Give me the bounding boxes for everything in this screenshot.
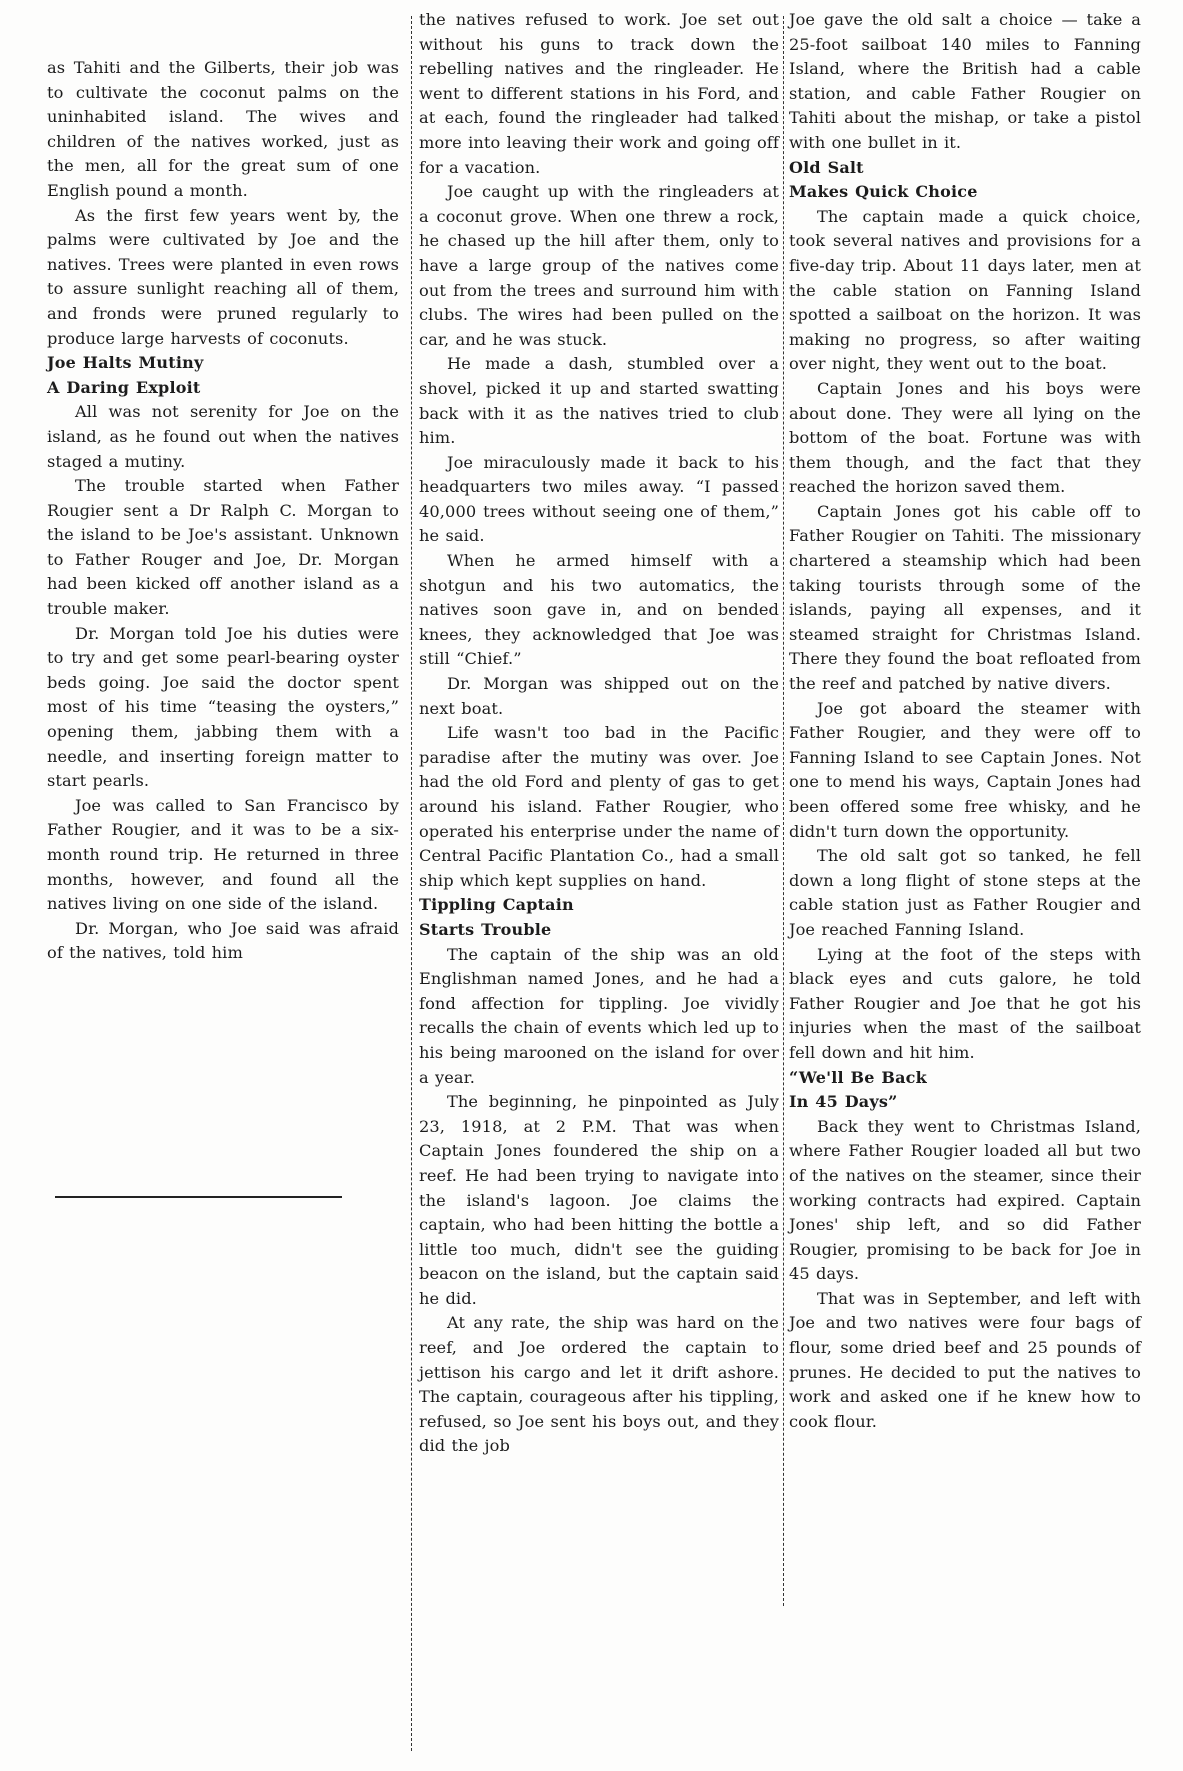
paragraph: As the first few years went by, the palm… bbox=[47, 204, 399, 352]
paragraph: That was in September, and left with Joe… bbox=[789, 1287, 1141, 1435]
newspaper-clipping: as Tahiti and the Gilberts, their job wa… bbox=[0, 0, 1183, 1771]
paragraph: Dr. Morgan, who Joe said was afraid of t… bbox=[47, 917, 399, 966]
paragraph: the natives refused to work. Joe set out… bbox=[419, 8, 779, 180]
paragraph: The trouble started when Father Rougier … bbox=[47, 474, 399, 622]
subheading: A Daring Exploit bbox=[47, 376, 399, 401]
paragraph: When he armed himself with a shotgun and… bbox=[419, 549, 779, 672]
subheading: Starts Trouble bbox=[419, 918, 779, 943]
paragraph: as Tahiti and the Gilberts, their job wa… bbox=[47, 56, 399, 204]
paragraph: Dr. Morgan told Joe his duties were to t… bbox=[47, 622, 399, 794]
paragraph: Joe was called to San Francisco by Fathe… bbox=[47, 794, 399, 917]
paragraph: The beginning, he pinpointed as July 23,… bbox=[419, 1090, 779, 1311]
article-column-3: Joe gave the old salt a choice — take a … bbox=[789, 8, 1141, 1434]
subheading: Makes Quick Choice bbox=[789, 180, 1141, 205]
subheading: In 45 Days” bbox=[789, 1090, 1141, 1115]
paragraph: Joe miraculously made it back to his hea… bbox=[419, 451, 779, 549]
paragraph: Captain Jones and his boys were about do… bbox=[789, 377, 1141, 500]
paragraph: All was not serenity for Joe on the isla… bbox=[47, 400, 399, 474]
article-column-2: the natives refused to work. Joe set out… bbox=[419, 8, 779, 1459]
paragraph: The old salt got so tanked, he fell down… bbox=[789, 844, 1141, 942]
paragraph: He made a dash, stumbled over a shovel, … bbox=[419, 352, 779, 450]
paragraph: At any rate, the ship was hard on the re… bbox=[419, 1311, 779, 1459]
paragraph: Joe gave the old salt a choice — take a … bbox=[789, 8, 1141, 156]
column-rule bbox=[783, 16, 784, 1606]
subheading: Tippling Captain bbox=[419, 893, 779, 918]
paragraph: Captain Jones got his cable off to Fathe… bbox=[789, 500, 1141, 697]
paragraph: Dr. Morgan was shipped out on the next b… bbox=[419, 672, 779, 721]
subheading: Joe Halts Mutiny bbox=[47, 351, 399, 376]
paragraph: Joe got aboard the steamer with Father R… bbox=[789, 697, 1141, 845]
article-column-1: as Tahiti and the Gilberts, their job wa… bbox=[47, 56, 399, 966]
paragraph: The captain made a quick choice, took se… bbox=[789, 205, 1141, 377]
column-rule bbox=[411, 16, 412, 1751]
subheading: “We'll Be Back bbox=[789, 1066, 1141, 1091]
section-end-rule bbox=[55, 1196, 342, 1198]
paragraph: Back they went to Christmas Island, wher… bbox=[789, 1115, 1141, 1287]
paragraph: Joe caught up with the ringleaders at a … bbox=[419, 180, 779, 352]
subheading: Old Salt bbox=[789, 156, 1141, 181]
paragraph: The captain of the ship was an old Engli… bbox=[419, 943, 779, 1091]
paragraph: Lying at the foot of the steps with blac… bbox=[789, 943, 1141, 1066]
paragraph: Life wasn't too bad in the Pacific parad… bbox=[419, 721, 779, 893]
